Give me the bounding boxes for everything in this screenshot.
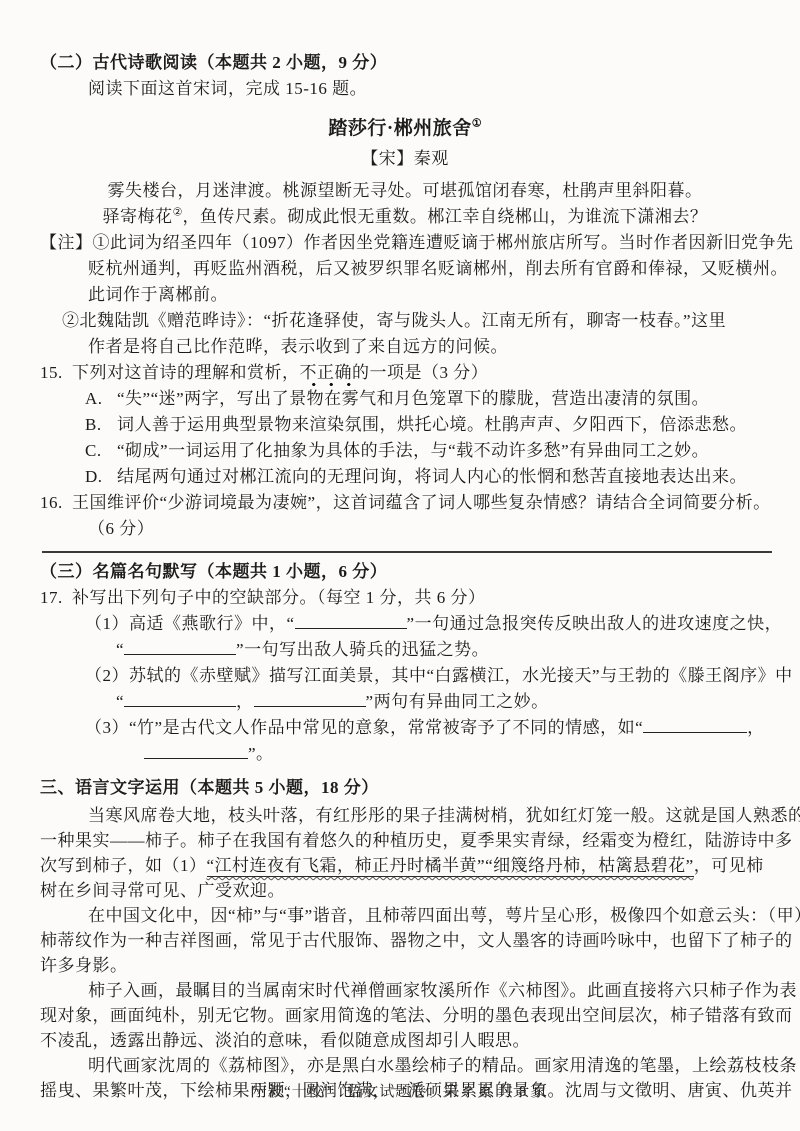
option-a: A.“失”“迷”两字，写出了景物在雾气和月色笼罩下的朦胧，营造出凄清的氛围。 <box>40 386 770 412</box>
q17-item2-blank1 <box>124 689 236 707</box>
poem-title-footnote-mark: ① <box>472 118 482 130</box>
option-b-label: B. <box>85 412 117 438</box>
question-17-stem: 17.补写出下列句子中的空缺部分。（每空 1 分，共 6 分） <box>40 585 770 611</box>
lang-p2-line1: 在中国文化中，因“柿”与“事”谐音，且柿蒂四面出萼，萼片呈心形，极像四个如意云头… <box>40 903 770 928</box>
poem-title: 踏莎行·郴州旅舍① <box>40 114 770 144</box>
exam-page: （二）古代诗歌阅读（本题共 2 小题，9 分） 阅读下面这首宋词，完成 15-1… <box>0 0 800 1131</box>
language-section: 三、语言文字运用（本题共 5 小题，18 分） 当寒风席卷大地，枝头叶落，有红彤… <box>40 773 770 1103</box>
q17-item3-blank2 <box>144 741 248 759</box>
page-footer: 宁波“十校” 语文试题卷 第 7 页 共 8 页 <box>0 1079 800 1105</box>
lang-p1-line2: 一种果实——柿子。柿子在我国有着悠久的种植历史，夏季果实青绿，经霜变为橙红，陆游… <box>40 828 770 853</box>
option-d-text: 结尾两句通过对郴江流向的无理问询，将词人内心的怅惘和愁苦直接地表达出来。 <box>117 467 747 486</box>
q17-item2-l2-post: ”两句有异曲同工之妙。 <box>366 692 549 711</box>
q17-item2-blank2 <box>254 689 366 707</box>
question-15-stem-post: 的一项是（3 分） <box>352 363 488 382</box>
lang-p1-line3: 次写到柿子，如（1）“江村连夜有飞霜，柿正丹时橘半黄”“细篾络丹柿，枯篱悬碧花”… <box>40 853 770 878</box>
section-divider <box>42 551 772 553</box>
question-15-number: 15. <box>40 360 72 386</box>
lang-p2-line3: 许多身影。 <box>40 953 770 978</box>
lang-p1-l3-pre: 次写到柿子，如（1） <box>40 856 207 875</box>
q17-item1-line2: “”一句写出敌人骑兵的迅猛之势。 <box>40 637 770 663</box>
q17-item3-line1: （3）“竹”是古代文人作品中常见的意象，常常被寄予了不同的情感，如“， <box>40 715 770 741</box>
option-b-text: 词人善于运用典型景物来渲染氛围，烘托心境。杜鹃声声、夕阳西下，倍添悲愁。 <box>117 415 747 434</box>
question-15-stem-emphasized: 不正确 <box>300 363 353 387</box>
q17-item1-l1-pre: 高适《燕歌行》中，“ <box>129 614 295 633</box>
reading-instruction: 阅读下面这首宋词，完成 15-16 题。 <box>40 76 770 102</box>
note1-line-2: 贬杭州通判，再贬监州酒税，后又被罗织罪名贬谪郴州，削去所有官爵和俸禄，又贬横州。 <box>40 256 770 282</box>
q17-item1-blank2 <box>124 637 236 655</box>
lang-p1-l3-post: ，可见柿 <box>694 856 764 875</box>
poem-line-2-pre: 驿寄梅花 <box>103 207 173 226</box>
lang-p1-l3-underlined-quote: “江村连夜有飞霜，柿正丹时橘半黄”“细篾络丹柿，枯篱悬碧花” <box>207 856 694 877</box>
q17-item3-line2: ”。 <box>40 741 770 767</box>
poem-title-text: 踏莎行·郴州旅舍 <box>328 118 471 139</box>
lang-p3-line3: 不凌乱，透露出静远、淡泊的意味，看似随意成图却引人暇思。 <box>40 1028 770 1053</box>
option-c-text: “砌成”一词运用了化抽象为具体的手法，与“载不动许多愁”有异曲同工之妙。 <box>117 441 709 460</box>
question-16-stem: 16.王国维评价“少游词境最为凄婉”，这首词蕴含了词人哪些复杂情感？请结合全词简… <box>40 490 770 516</box>
q17-item1-line1: （1）高适《燕歌行》中，“”一句通过急报突传反映出敌人的进攻速度之快， <box>40 611 770 637</box>
q17-item2-line2: “，”两句有异曲同工之妙。 <box>40 689 770 715</box>
q17-item2-l2-mid: ， <box>236 692 254 711</box>
question-15-stem: 15.下列对这首诗的理解和赏析，不正确的一项是（3 分） <box>40 360 770 386</box>
lang-p2-line2: 柿蒂纹作为一种吉祥图画，常见于古代服饰、器物之中，文人墨客的诗画吟咏中，也留下了… <box>40 928 770 953</box>
option-c-label: C. <box>85 438 117 464</box>
q17-item3-label: （3） <box>85 718 129 737</box>
q17-item1-l1-post: ”一句通过急报突传反映出敌人的进攻速度之快， <box>407 614 783 633</box>
lang-p3-line2: 现对象，画面纯朴，别无它物。画家用简逸的笔法、分明的墨色表现出空间层次，柿子错落… <box>40 1003 770 1028</box>
option-b: B.词人善于运用典型景物来渲染氛围，烘托心境。杜鹃声声、夕阳西下，倍添悲愁。 <box>40 412 770 438</box>
note2-line-1: ②北魏陆凯《赠范晔诗》：“折花逢驿使，寄与陇头人。江南无所有，聊寄一枝春。”这里 <box>40 308 770 334</box>
lang-p4-line1: 明代画家沈周的《荔柿图》，亦是黑白水墨绘柿子的精品。画家用清逸的笔墨，上绘荔枝枝… <box>40 1053 770 1078</box>
q17-item2-l2-pre: “ <box>116 692 124 711</box>
question-16-points: （6 分） <box>40 516 770 542</box>
option-a-label: A. <box>85 386 117 412</box>
q17-item3-l1-pre: “竹”是古代文人作品中常见的意象，常常被寄予了不同的情感，如“ <box>129 718 643 737</box>
lang-p1-line1: 当寒风席卷大地，枝头叶落，有红彤彤的果子挂满树梢，犹如红灯笼一般。这就是国人熟悉… <box>40 803 770 828</box>
note1-line-1: 【注】①此词为绍圣四年（1097）作者因坐党籍连遭贬谪于郴州旅店所写。当时作者因… <box>40 230 770 256</box>
q17-item3-blank1 <box>643 715 747 733</box>
section3-heading: （三）名篇名句默写（本题共 1 小题，6 分） <box>40 559 770 585</box>
question-17-number: 17. <box>40 585 72 611</box>
question-16-text: 王国维评价“少游词境最为凄婉”，这首词蕴含了词人哪些复杂情感？请结合全词简要分析… <box>72 493 771 512</box>
note2-line-2: 作者是将自己比作范晔，表示收到了来自远方的问候。 <box>40 334 770 360</box>
poem-line-2: 驿寄梅花②，鱼传尺素。砌成此恨无重数。郴江幸自绕郴山，为谁流下潇湘去？ <box>40 204 770 230</box>
q17-item2-line1: （2）苏轼的《赤壁赋》描写江面美景，其中“白露横江，水光接天”与王勃的《滕王阁序… <box>40 663 770 689</box>
option-d: D.结尾两句通过对郴江流向的无理问询，将词人内心的怅惘和愁苦直接地表达出来。 <box>40 464 770 490</box>
question-15-stem-pre: 下列对这首诗的理解和赏析， <box>72 363 300 382</box>
option-a-text: “失”“迷”两字，写出了景物在雾气和月色笼罩下的朦胧，营造出凄清的氛围。 <box>117 389 709 408</box>
question-16-number: 16. <box>40 490 72 516</box>
q17-item1-blank1 <box>295 611 407 629</box>
language-section-heading: 三、语言文字运用（本题共 5 小题，18 分） <box>40 773 770 803</box>
q17-item1-l2-post: ”一句写出敌人骑兵的迅猛之势。 <box>236 640 489 659</box>
section2-heading: （二）古代诗歌阅读（本题共 2 小题，9 分） <box>40 50 770 76</box>
q17-item3-l1-post: ， <box>747 718 765 737</box>
note1-line-3: 此词作于离郴前。 <box>40 282 770 308</box>
option-c: C.“砌成”一词运用了化抽象为具体的手法，与“载不动许多愁”有异曲同工之妙。 <box>40 438 770 464</box>
q17-item1-label: （1） <box>85 614 129 633</box>
lang-p3-line1: 柿子入画，最瞩目的当属南宋时代禅僧画家牧溪所作《六柿图》。此画直接将六只柿子作为… <box>40 978 770 1003</box>
q17-item1-l2-pre: “ <box>116 640 124 659</box>
poem-line-1: 雾失楼台，月迷津渡。桃源望断无寻处。可堪孤馆闭春寒，杜鹃声里斜阳暮。 <box>40 178 770 204</box>
option-d-label: D. <box>85 464 117 490</box>
q17-item2-l1: 苏轼的《赤壁赋》描写江面美景，其中“白露横江，水光接天”与王勃的《滕王阁序》中 <box>129 666 793 685</box>
q17-item3-l2-post: ”。 <box>248 744 274 763</box>
q17-item2-label: （2） <box>85 666 129 685</box>
poem-line-2-post: ，鱼传尺素。砌成此恨无重数。郴江幸自绕郴山，为谁流下潇湘去？ <box>182 207 707 226</box>
poem-author: 【宋】秦观 <box>40 144 770 174</box>
poem-line-2-footnote-mark: ② <box>173 206 183 218</box>
lang-p1-line4: 树在乡间寻常可见、广受欢迎。 <box>40 878 770 903</box>
question-17-text: 补写出下列句子中的空缺部分。（每空 1 分，共 6 分） <box>72 588 486 607</box>
